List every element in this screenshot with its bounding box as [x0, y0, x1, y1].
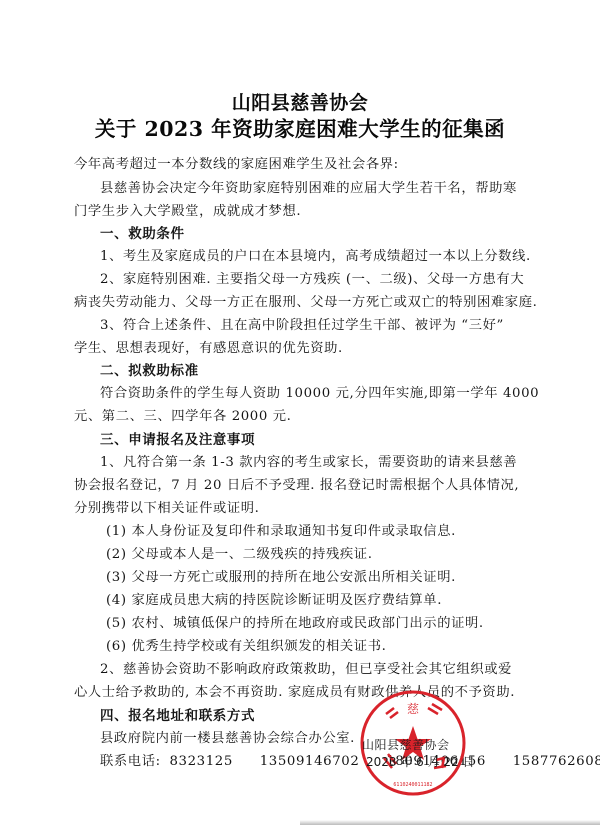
section-2-line: 符合资助条件的学生每人资助 10000 元,分四年实施,即第一学年 4000 [100, 385, 539, 403]
document-item: (2) 父母或本人是一、二级残疾的持残疾证. [106, 546, 373, 564]
address: 县政府院内前一楼县慈善协会综合办公室. [100, 730, 355, 748]
document-page: 山阳县慈善协会 关于 2023 年资助家庭困难大学生的征集函 今年高考超过一本分… [0, 0, 600, 825]
section-1-heading: 一、救助条件 [100, 225, 185, 243]
section-1-line: 2、家庭特别困难. 主要指父母一方残疾 (一、二级)、父母一方患有大 [100, 271, 524, 289]
section-3-line: 协会报名登记，7 月 20 日后不予受理. 报名登记时需根据个人具体情况, [74, 477, 519, 495]
title-organization: 山阳县慈善协会 [0, 88, 600, 115]
section-3-heading: 三、申请报名及注意事项 [100, 431, 255, 449]
section-4-heading: 四、报名地址和联系方式 [100, 707, 255, 725]
section-1-line: 病丧失劳动能力、父母一方正在服刑、父母一方死亡或双亡的特别困难家庭. [74, 294, 537, 312]
intro-line-2: 门学生步入大学殿堂，成就成才梦想. [74, 203, 301, 221]
intro-line-1: 县慈善协会决定今年资助家庭特别困难的应届大学生若干名，帮助寒 [100, 180, 517, 198]
section-1-line: 学生、思想表现好，有感恩意识的优先资助. [74, 340, 343, 358]
document-item: (6) 优秀生持学校或有关组织颁发的相关证书. [106, 638, 386, 656]
phone-number: 13509146702 [260, 753, 360, 771]
section-2-heading: 二、拟救助标准 [100, 362, 199, 380]
signature-organization: 山阳县慈善协会 [362, 736, 450, 753]
scan-edge [300, 820, 600, 825]
title-subject: 关于 2023 年资助家庭困难大学生的征集函 [0, 112, 600, 142]
document-item: (1) 本人身份证及复印件和录取通知书复印件或录取信息. [106, 523, 456, 541]
phone-label: 联系电话: [100, 753, 161, 771]
section-3-line: 1、凡符合第一条 1-3 款内容的考生或家长，需要资助的请来县慈善 [100, 454, 517, 472]
phone-number: 15877626080 [513, 753, 600, 771]
section-1-line: 3、符合上述条件、且在高中阶段担任过学生干部、被评为 “三好” [100, 317, 504, 335]
document-item: (5) 农村、城镇低保户的持所在地政府或民政部门出示的证明. [106, 615, 484, 633]
svg-text:慈: 慈 [407, 701, 419, 716]
section-1-line: 1、考生及家庭成员的户口在本县境内，高考成绩超过一本以上分数线. [100, 248, 531, 266]
phone-number: 8323125 [170, 753, 233, 771]
svg-text:6110240011182: 6110240011182 [393, 782, 432, 788]
section-3-line: 分别携带以下相关证件或证明. [74, 500, 260, 518]
document-item: (4) 家庭成员患大病的持医院诊断证明及医疗费结算单. [106, 592, 442, 610]
document-item: (3) 父母一方死亡或服刑的持所在地公安派出所相关证明. [106, 569, 456, 587]
section-3-line: 2、慈善协会资助不影响政府政策救助，但已享受社会其它组织或爱 [100, 661, 512, 679]
contact-phones: 联系电话: 8323125 13509146702 18091406156 15… [100, 753, 600, 771]
salutation: 今年高考超过一本分数线的家庭困难学生及社会各界: [74, 156, 399, 174]
section-2-line: 元、第二、三、四学年各 2000 元. [74, 408, 291, 426]
signature-date: 2023 年 6 月 22 日 [366, 753, 475, 770]
